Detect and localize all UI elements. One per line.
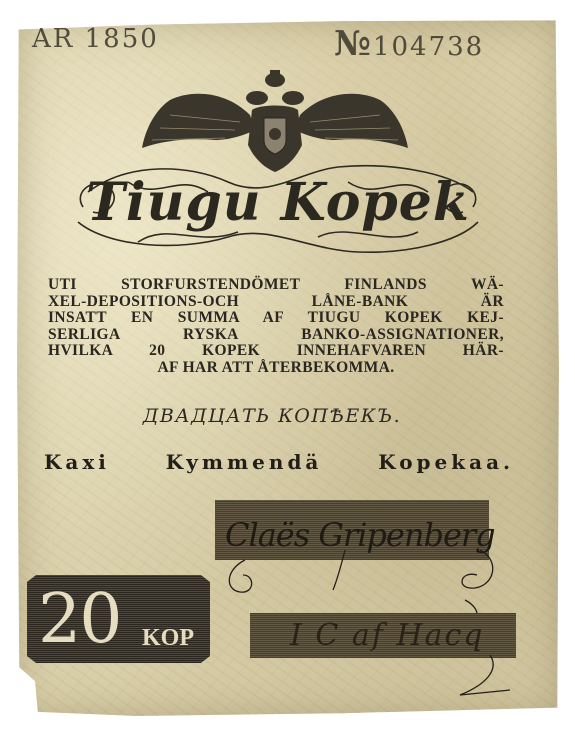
title-cartouche: Tiugu Kopek [68,152,488,264]
legal-text-line: AF HAR ATT ÅTERBEKOMMA. [48,360,504,377]
legal-text-line: SERLIGA RYSKA BANKO-ASSIGNATIONER, [48,327,504,344]
legal-text: UTI STORFURSTENDÖMET FINLANDS WÄ- XEL-DE… [48,277,504,377]
legal-text-line: HVILKA 20 KOPEK INNEHAFVAREN HÄR- [48,343,504,360]
denomination-number: 20 [38,580,121,660]
finnish-word: Kymmendä [166,450,323,474]
serial-number-value: 104738 [373,32,484,62]
russian-denomination: ДВАДЦАТЬ КОПѢЕКЪ. [0,405,544,427]
finnish-denomination: Kaxi Kymmendä Kopekaa. [44,450,514,474]
numero-sign: № [334,24,373,64]
legal-text-line: INSATT EN SUMMA AF TIUGU KOPEK KEJ- [48,310,504,327]
finnish-word: Kopekaa. [378,450,514,474]
legal-text-line: UTI STORFURSTENDÖMET FINLANDS WÄ- [48,277,504,294]
title-script: Tiugu Kopek [68,172,488,233]
signature-1: Claës Gripenberg [225,516,495,554]
signature-2: I C af Hacq [290,618,484,653]
denomination-unit: KOP [142,625,194,652]
legal-text-line: XEL-DEPOSITIONS-OCH LÅNE-BANK ÄR [48,294,504,311]
series-number: AR 1850 [32,24,159,54]
serial-number: №104738 [334,24,484,64]
finnish-word: Kaxi [44,450,110,474]
